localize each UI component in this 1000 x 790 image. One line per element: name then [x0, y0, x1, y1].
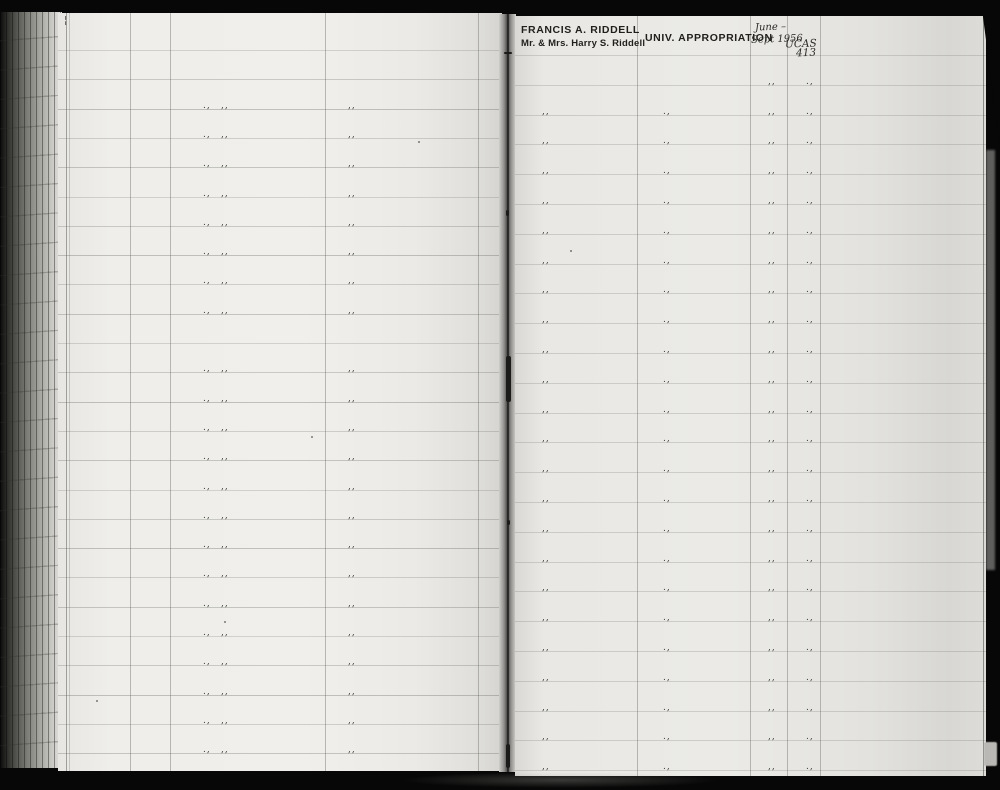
ruled-line — [58, 109, 502, 110]
ditto-mark: ,, — [348, 452, 356, 462]
ditto-mark: ,, — [768, 643, 776, 653]
ruled-line — [515, 562, 986, 563]
ink-blot — [507, 520, 510, 525]
ditto-mark: ,, — [542, 345, 550, 355]
ditto-mark: ., — [806, 583, 814, 593]
ditto-mark: ,, — [542, 762, 550, 772]
ditto-mark: ., — [203, 276, 211, 286]
ditto-mark: ., — [663, 196, 671, 206]
ditto-mark: ., — [203, 101, 211, 111]
ditto-mark: ., — [203, 657, 211, 667]
ditto-mark: ., — [203, 511, 211, 521]
ruled-line — [58, 255, 502, 256]
dust-speck — [96, 700, 98, 702]
ditto-mark: ,, — [542, 226, 550, 236]
ledger-page-left: ¦ .,,,,,.,,,,,.,,,,,.,,,,,.,,,,,.,,,,,.,… — [58, 13, 502, 771]
dust-speck — [418, 141, 420, 143]
ruled-line — [515, 442, 986, 443]
ditto-mark: ,, — [768, 434, 776, 444]
ditto-mark: ,, — [348, 569, 356, 579]
ditto-mark: ,, — [768, 345, 776, 355]
ruled-line — [58, 753, 502, 754]
ditto-mark: ., — [806, 405, 814, 415]
ditto-mark: ,, — [348, 189, 356, 199]
ditto-mark: ,, — [768, 494, 776, 504]
ruled-line — [58, 226, 502, 227]
ditto-mark: ,, — [768, 554, 776, 564]
ditto-mark: ., — [806, 613, 814, 623]
ruled-line — [515, 204, 986, 205]
ditto-mark: ., — [203, 189, 211, 199]
ditto-mark: ,, — [542, 673, 550, 683]
ditto-mark: ,, — [542, 166, 550, 176]
ditto-mark: ,, — [768, 77, 776, 87]
ruled-line — [58, 724, 502, 725]
ditto-mark: ,, — [348, 218, 356, 228]
ditto-mark: ,, — [221, 394, 229, 404]
page-edge-rule — [983, 16, 984, 776]
ditto-mark: ,, — [768, 583, 776, 593]
ruled-line — [515, 174, 986, 175]
ditto-mark: ,, — [542, 136, 550, 146]
ditto-mark: ., — [203, 218, 211, 228]
ditto-mark: ., — [203, 716, 211, 726]
ditto-mark: ., — [663, 583, 671, 593]
ditto-mark: ,, — [348, 540, 356, 550]
ditto-mark: ,, — [221, 452, 229, 462]
ditto-mark: ., — [203, 247, 211, 257]
ditto-mark: ,, — [542, 583, 550, 593]
ruled-line — [58, 343, 502, 344]
ditto-mark: ., — [806, 434, 814, 444]
ditto-mark: ,, — [221, 364, 229, 374]
ditto-mark: ,, — [221, 101, 229, 111]
ditto-mark: ,, — [768, 613, 776, 623]
ruled-line — [58, 460, 502, 461]
book-binding — [0, 12, 62, 768]
ditto-mark: ., — [806, 285, 814, 295]
ditto-mark: ,, — [348, 276, 356, 286]
ditto-mark: ,, — [221, 540, 229, 550]
ditto-mark: ., — [806, 673, 814, 683]
ditto-mark: ., — [663, 762, 671, 772]
ditto-mark: ., — [663, 643, 671, 653]
column-rule — [750, 16, 751, 776]
ruled-line — [515, 85, 986, 86]
column-rule — [130, 13, 131, 771]
ditto-mark: ., — [663, 405, 671, 415]
ledger-scan: ¦ .,,,,,.,,,,,.,,,,,.,,,,,.,,,,,.,,,,,.,… — [0, 0, 1000, 790]
ditto-mark: ., — [806, 375, 814, 385]
column-rule — [820, 16, 821, 776]
ditto-mark: ,, — [221, 599, 229, 609]
ditto-mark: ,, — [542, 405, 550, 415]
ditto-mark: ,, — [221, 306, 229, 316]
ledger-page-right: FRANCIS A. RIDDELL Mr. & Mrs. Harry S. R… — [515, 16, 986, 776]
ditto-mark: ,, — [768, 136, 776, 146]
ditto-mark: ,, — [348, 482, 356, 492]
ditto-mark: ,, — [542, 196, 550, 206]
ditto-mark: ., — [806, 762, 814, 772]
ditto-mark: ,, — [221, 130, 229, 140]
ditto-mark: ,, — [348, 364, 356, 374]
ditto-mark: ,, — [542, 613, 550, 623]
ruled-line — [58, 636, 502, 637]
ditto-mark: ,, — [768, 166, 776, 176]
ruled-line — [515, 264, 986, 265]
column-rule — [637, 16, 638, 776]
ditto-mark: ., — [806, 732, 814, 742]
pencil-tick: ¦ — [64, 15, 67, 26]
column-rule — [170, 13, 171, 771]
page-edge-highlight — [986, 150, 995, 570]
dust-speck — [224, 621, 226, 623]
ditto-mark: ,, — [221, 247, 229, 257]
ditto-mark: ,, — [768, 405, 776, 415]
ditto-mark: ,, — [542, 494, 550, 504]
ditto-mark: ., — [806, 345, 814, 355]
page-corner-curl — [984, 742, 997, 766]
ditto-mark: ,, — [768, 762, 776, 772]
ditto-mark: ., — [203, 394, 211, 404]
ditto-mark: ,, — [348, 394, 356, 404]
ruled-line — [58, 665, 502, 666]
ditto-mark: ,, — [542, 524, 550, 534]
ditto-mark: ,, — [221, 482, 229, 492]
ditto-mark: ,, — [768, 107, 776, 117]
ruled-line — [515, 383, 986, 384]
ditto-mark: ., — [663, 732, 671, 742]
ditto-mark: ., — [203, 452, 211, 462]
ditto-mark: ,, — [542, 703, 550, 713]
ditto-mark: ., — [806, 315, 814, 325]
ink-blot — [506, 356, 511, 402]
ditto-mark: ,, — [221, 628, 229, 638]
column-rule — [325, 13, 326, 771]
ruled-line — [58, 372, 502, 373]
ditto-mark: ,, — [768, 375, 776, 385]
ditto-mark: ., — [663, 285, 671, 295]
ditto-mark: ,, — [542, 732, 550, 742]
ditto-mark: ,, — [768, 673, 776, 683]
ditto-mark: ,, — [768, 285, 776, 295]
ditto-mark: ., — [203, 569, 211, 579]
collector-sub-stamp: Mr. & Mrs. Harry S. Riddell — [521, 38, 645, 49]
ruled-line — [58, 577, 502, 578]
ditto-mark: ,, — [542, 375, 550, 385]
ditto-mark: ., — [663, 315, 671, 325]
ink-blot — [506, 210, 509, 216]
ditto-mark: ,, — [542, 285, 550, 295]
ditto-mark: ,, — [221, 218, 229, 228]
ditto-mark: ., — [663, 434, 671, 444]
ruled-line — [515, 621, 986, 622]
ditto-mark: ,, — [221, 745, 229, 755]
ink-blot — [504, 52, 512, 54]
ruled-line — [58, 431, 502, 432]
ditto-mark: ., — [663, 703, 671, 713]
ditto-mark: ., — [663, 166, 671, 176]
ditto-mark: ,, — [221, 423, 229, 433]
ruled-line — [515, 413, 986, 414]
ditto-mark: ,, — [221, 276, 229, 286]
ditto-mark: ,, — [348, 130, 356, 140]
column-rule — [478, 13, 479, 771]
ditto-mark: ,, — [348, 306, 356, 316]
ditto-mark: ., — [806, 136, 814, 146]
ditto-mark: ., — [806, 196, 814, 206]
ruled-line — [515, 532, 986, 533]
ruled-line — [58, 50, 502, 51]
ruled-line — [515, 472, 986, 473]
ruled-line — [515, 353, 986, 354]
ditto-mark: ., — [806, 643, 814, 653]
ditto-mark: ,, — [221, 159, 229, 169]
ditto-mark: ., — [806, 226, 814, 236]
ditto-mark: ., — [203, 628, 211, 638]
ditto-mark: ., — [806, 77, 814, 87]
ruled-line — [58, 314, 502, 315]
ditto-mark: ,, — [221, 716, 229, 726]
ditto-mark: ,, — [768, 196, 776, 206]
ditto-mark: ., — [806, 256, 814, 266]
survey-number: 413 — [796, 47, 816, 60]
ditto-mark: ,, — [221, 189, 229, 199]
collector-stamp: FRANCIS A. RIDDELL — [521, 24, 640, 36]
ditto-mark: ,, — [348, 687, 356, 697]
ditto-mark: ,, — [542, 107, 550, 117]
ruled-line — [58, 284, 502, 285]
ink-blot — [506, 744, 510, 768]
margin-rule — [69, 13, 70, 771]
ruled-line — [515, 234, 986, 235]
ditto-mark: ., — [663, 494, 671, 504]
dust-speck — [570, 250, 572, 252]
ruled-line — [515, 323, 986, 324]
ditto-mark: ., — [203, 159, 211, 169]
ruled-line — [515, 711, 986, 712]
ditto-mark: ., — [663, 673, 671, 683]
ruled-line — [515, 502, 986, 503]
ditto-mark: ., — [203, 687, 211, 697]
ruled-line — [515, 681, 986, 682]
ditto-mark: ,, — [348, 423, 356, 433]
ditto-mark: ,, — [348, 101, 356, 111]
ditto-mark: ., — [663, 554, 671, 564]
ruled-line — [58, 138, 502, 139]
ditto-mark: ., — [806, 524, 814, 534]
ditto-mark: ,, — [221, 687, 229, 697]
ditto-mark: ., — [663, 524, 671, 534]
ditto-mark: ., — [203, 599, 211, 609]
column-rule — [787, 16, 788, 776]
ditto-mark: ,, — [348, 247, 356, 257]
ditto-mark: ., — [663, 226, 671, 236]
ruled-line — [58, 197, 502, 198]
ditto-mark: ., — [663, 136, 671, 146]
ditto-mark: ,, — [348, 716, 356, 726]
ditto-mark: ,, — [348, 511, 356, 521]
ditto-mark: ,, — [768, 524, 776, 534]
ditto-mark: ., — [663, 375, 671, 385]
ditto-mark: ,, — [542, 434, 550, 444]
ditto-mark: ., — [663, 613, 671, 623]
ditto-mark: ., — [203, 306, 211, 316]
ruled-line — [515, 55, 986, 56]
ruled-line — [515, 144, 986, 145]
ruled-line — [515, 293, 986, 294]
ruled-line — [58, 402, 502, 403]
ditto-mark: ,, — [768, 703, 776, 713]
ruled-line — [515, 115, 986, 116]
dust-speck — [311, 436, 313, 438]
ditto-mark: ,, — [221, 511, 229, 521]
ditto-mark: ,, — [542, 554, 550, 564]
ruled-line — [58, 490, 502, 491]
ditto-mark: ,, — [348, 745, 356, 755]
ditto-mark: ., — [203, 540, 211, 550]
ruled-line — [58, 79, 502, 80]
ditto-mark: ., — [806, 464, 814, 474]
ditto-mark: ., — [806, 494, 814, 504]
ditto-mark: ,, — [348, 628, 356, 638]
ditto-mark: ,, — [221, 657, 229, 667]
ditto-mark: ., — [663, 464, 671, 474]
ditto-mark: ., — [203, 364, 211, 374]
ruled-line — [58, 519, 502, 520]
ditto-mark: ., — [203, 745, 211, 755]
ditto-mark: ., — [806, 554, 814, 564]
ditto-mark: ,, — [348, 657, 356, 667]
ditto-mark: ,, — [348, 599, 356, 609]
ditto-mark: ., — [806, 107, 814, 117]
ditto-mark: ., — [663, 345, 671, 355]
ditto-mark: ,, — [542, 256, 550, 266]
ditto-mark: ,, — [768, 732, 776, 742]
ditto-mark: ,, — [221, 569, 229, 579]
ditto-mark: ,, — [348, 159, 356, 169]
ruled-line — [515, 651, 986, 652]
margin-rule — [66, 13, 67, 771]
ruled-line — [58, 167, 502, 168]
ruled-line — [515, 740, 986, 741]
ditto-mark: ., — [663, 107, 671, 117]
ditto-mark: ,, — [768, 256, 776, 266]
ruled-line — [58, 695, 502, 696]
accession-date-line1: June – — [755, 21, 786, 33]
ditto-mark: ,, — [542, 315, 550, 325]
ditto-mark: ,, — [768, 315, 776, 325]
ruled-line — [58, 548, 502, 549]
ditto-mark: ,, — [542, 464, 550, 474]
ditto-mark: ,, — [768, 226, 776, 236]
ditto-mark: ,, — [542, 643, 550, 653]
ditto-mark: ., — [203, 423, 211, 433]
ditto-mark: ., — [203, 482, 211, 492]
book-edge-shadow — [400, 772, 720, 788]
ditto-mark: ., — [806, 166, 814, 176]
ruled-line — [58, 607, 502, 608]
ditto-mark: ., — [203, 130, 211, 140]
ditto-mark: ,, — [768, 464, 776, 474]
ruled-line — [515, 591, 986, 592]
ditto-mark: ., — [806, 703, 814, 713]
ditto-mark: ., — [663, 256, 671, 266]
